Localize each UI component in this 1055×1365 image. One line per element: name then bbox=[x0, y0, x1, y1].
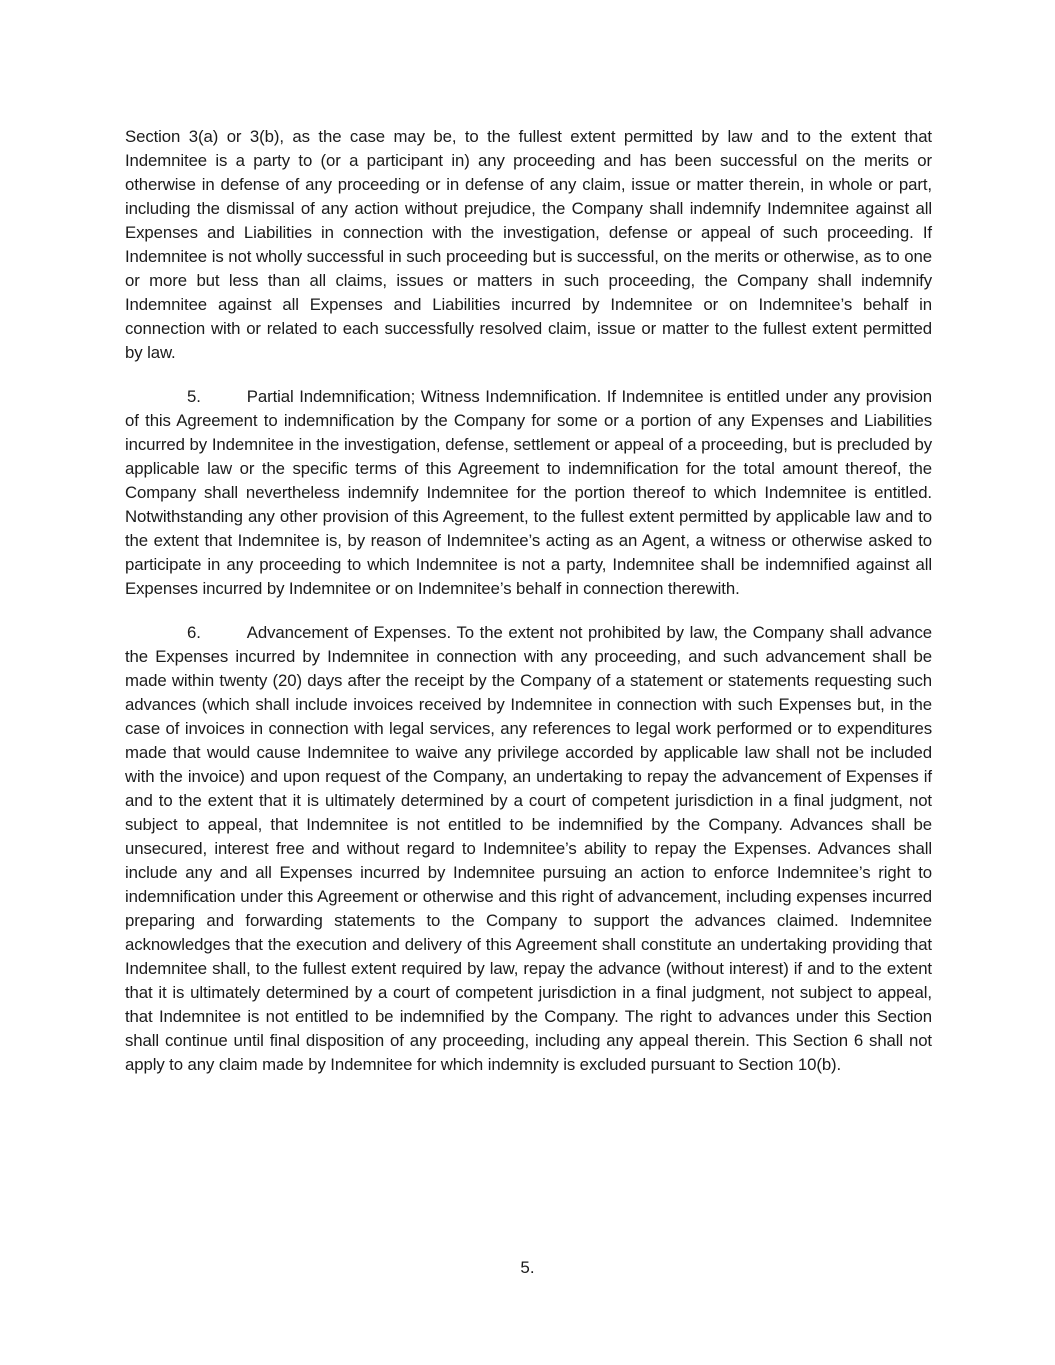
document-body: Section 3(a) or 3(b), as the case may be… bbox=[125, 125, 932, 1077]
section-5-heading: Partial Indemnification; Witness Indemni… bbox=[247, 387, 601, 406]
paragraph-continuation: Section 3(a) or 3(b), as the case may be… bbox=[125, 125, 932, 365]
section-6-number: 6. bbox=[187, 623, 201, 642]
paragraph-section-5: 5.Partial Indemnification; Witness Indem… bbox=[125, 385, 932, 601]
section-5-text: If Indemnitee is entitled under any prov… bbox=[125, 387, 932, 598]
page-number: 5. bbox=[520, 1258, 534, 1277]
section-6-heading: Advancement of Expenses. bbox=[247, 623, 451, 642]
paragraph-text: Section 3(a) or 3(b), as the case may be… bbox=[125, 127, 932, 362]
paragraph-section-6: 6.Advancement of Expenses. To the extent… bbox=[125, 621, 932, 1077]
section-6-text: To the extent not prohibited by law, the… bbox=[125, 623, 932, 1074]
section-5-number: 5. bbox=[187, 387, 201, 406]
page-footer: 5. bbox=[0, 1256, 1055, 1280]
